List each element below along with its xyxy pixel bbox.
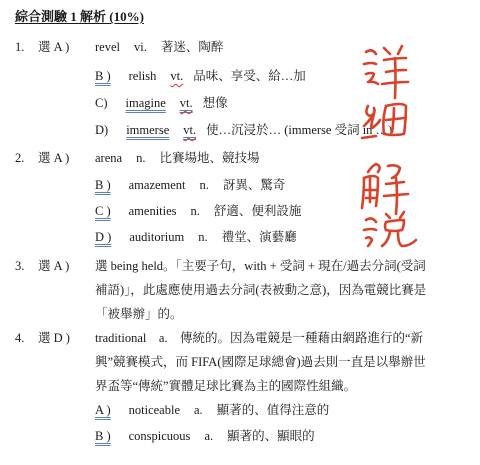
explanation-line: 補語)」，此處應使用過去分詞(表被動之意)，因為電競比賽是 — [95, 278, 470, 302]
option-pos: a. — [194, 403, 203, 417]
question-number: 1. — [15, 40, 24, 54]
option-label: A ) — [95, 403, 111, 417]
option-pos: n. — [198, 230, 207, 244]
option-row: B )conspicuousa.顯著的、顯眼的 — [95, 428, 315, 444]
option-pos: n. — [191, 204, 200, 218]
definition: 著迷、陶醉 — [161, 40, 224, 54]
option-label: B ) — [95, 69, 111, 83]
option-word: conspicuous — [129, 429, 191, 443]
question-4-answer: 選 D ) — [38, 330, 70, 346]
option-def: 想像 — [203, 96, 228, 110]
option-word: immerse — [126, 123, 169, 137]
question-1-answer: 選 A ) — [38, 39, 69, 55]
question-2-explanation: arenan.比賽場地、競技場 — [95, 150, 259, 166]
option-label: B ) — [95, 429, 111, 443]
word: arena — [95, 151, 122, 165]
definition: 比賽場地、競技場 — [159, 151, 259, 165]
option-def: 舒適、便利設施 — [214, 204, 302, 218]
question-4-number: 4. — [15, 330, 24, 346]
question-2-answer: 選 A ) — [38, 150, 69, 166]
explanation-line: 「被舉辦」的。 — [95, 302, 470, 326]
option-word: noticeable — [129, 403, 180, 417]
option-row: C )amenitiesn.舒適、便利設施 — [95, 203, 301, 219]
explanation-line: 興”競賽模式，而 FIFA(國際足球總會)過去則一直是以舉辦世 — [95, 350, 470, 374]
option-def: 訝異、驚奇 — [223, 178, 286, 192]
word: revel — [95, 40, 120, 54]
option-row: B )amazementn.訝異、驚奇 — [95, 177, 285, 193]
option-word: amenities — [129, 204, 177, 218]
option-label: C ) — [95, 204, 111, 218]
part-of-speech: n. — [136, 151, 145, 165]
option-def: 顯著的、顯眼的 — [227, 429, 315, 443]
option-pos: vt. — [170, 69, 183, 83]
option-label: B ) — [95, 178, 111, 192]
explanation-line: 界盃等“傳統”實體足球比賽為主的國際性組織。 — [95, 374, 470, 398]
option-label: D ) — [95, 230, 111, 244]
option-word: auditorium — [129, 230, 184, 244]
explanation-line: 選 being held。「主要子句，with + 受詞 + 現在/過去分詞(受… — [95, 254, 470, 278]
option-def: 顯著的、值得注意的 — [217, 403, 330, 417]
option-row: D )auditoriumn.禮堂、演藝廳 — [95, 229, 297, 245]
option-label: D) — [95, 123, 108, 137]
handwritten-annotation — [358, 40, 428, 250]
option-row: C)imaginevt.想像 — [95, 95, 228, 111]
part-of-speech: vi. — [134, 40, 147, 54]
option-label: C) — [95, 96, 108, 110]
option-row: B )relishvt.品味、享受、給…加 — [95, 68, 306, 84]
option-word-group: imaginevt. — [126, 96, 193, 110]
question-3-number: 3. — [15, 258, 24, 274]
question-4-explanation: traditional a. 傳統的。因為電競是一種藉由網路進行的“新 興”競賽… — [95, 326, 470, 398]
option-pos: vt. — [180, 96, 193, 110]
option-pos: a. — [204, 429, 213, 443]
option-pos: vt. — [183, 123, 196, 137]
option-word: imagine — [126, 96, 166, 110]
option-row: A )noticeablea.顯著的、值得注意的 — [95, 402, 329, 418]
question-1-explanation: revelvi.著迷、陶醉 — [95, 39, 223, 55]
option-word: amazement — [129, 178, 186, 192]
question-2-number: 2. — [15, 150, 24, 166]
option-pos: n. — [200, 178, 209, 192]
page-title: 綜合測驗 1 解析 (10%) — [15, 9, 144, 25]
question-3-answer: 選 A ) — [38, 258, 69, 274]
option-word: relish — [129, 69, 157, 83]
option-def: 品味、享受、給…加 — [193, 69, 306, 83]
option-row: D)immersevt.使…沉浸於… (immerse 受詞 in …) — [95, 122, 392, 138]
option-word-group: immersevt. — [126, 123, 196, 137]
question-1-header: 1. — [15, 39, 24, 55]
question-3-explanation: 選 being held。「主要子句，with + 受詞 + 現在/過去分詞(受… — [95, 254, 470, 326]
option-def: 禮堂、演藝廳 — [222, 230, 297, 244]
explanation-line: traditional a. 傳統的。因為電競是一種藉由網路進行的“新 — [95, 326, 470, 350]
